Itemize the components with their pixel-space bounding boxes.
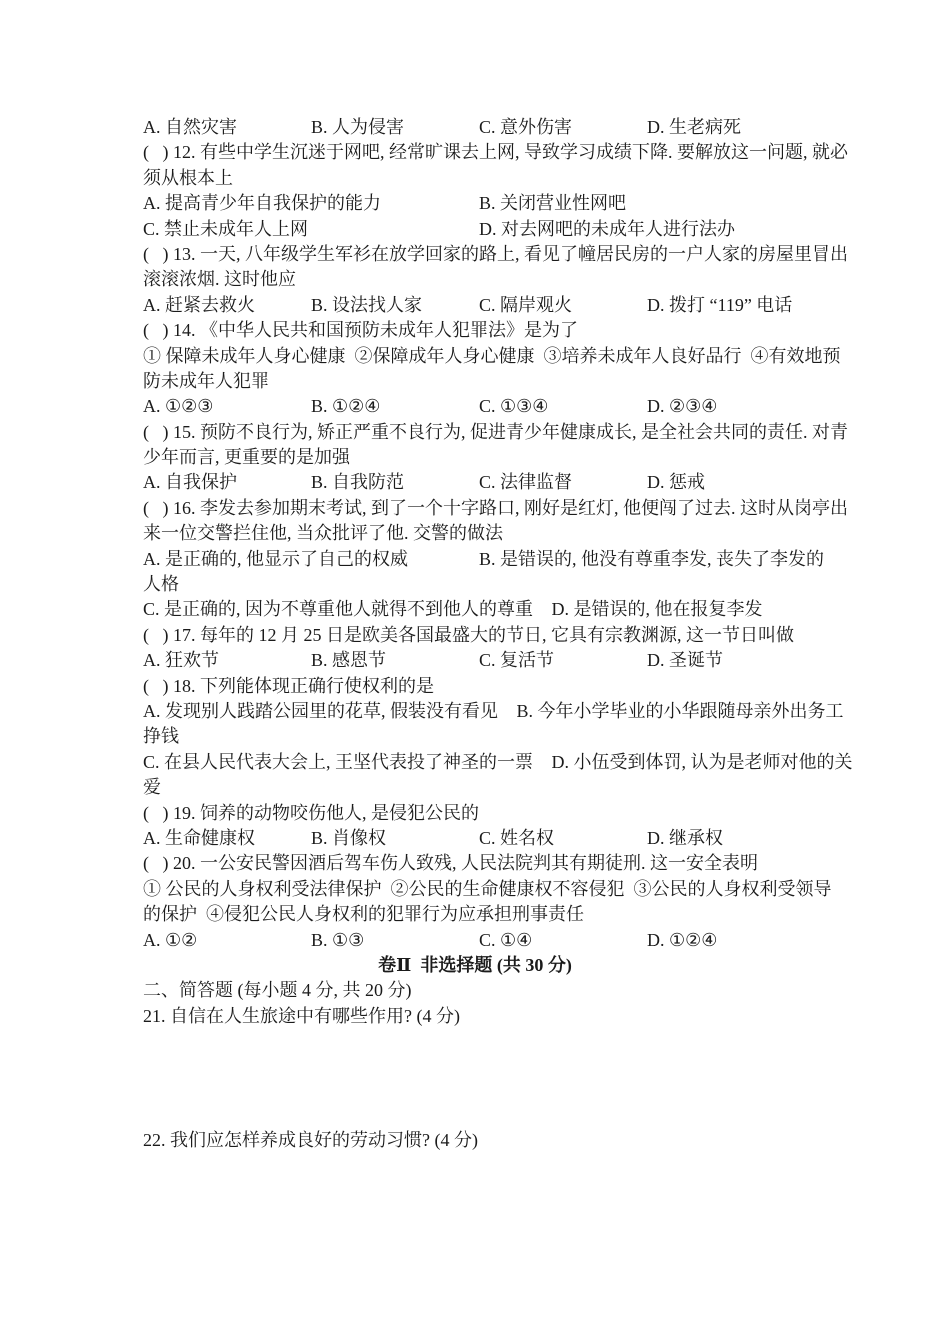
q19-stem: ( ) 19. 饲养的动物咬伤他人, 是侵犯公民的	[143, 801, 855, 826]
q21-stem: 21. 自信在人生旅途中有哪些作用? (4 分)	[143, 1004, 855, 1029]
q18-options-row-ab: A. 发现别人践踏公园里的花草, 假装没有看见 B. 今年小学毕业的小华跟随母亲…	[143, 699, 855, 724]
q12-option-c: C. 禁止未成年人上网	[143, 217, 479, 242]
exam-paper-page: A. 自然灾害 B. 人为侵害 C. 意外伤害 D. 生老病死 ( ) 12. …	[143, 115, 855, 1153]
q18-stem: ( ) 18. 下列能体现正确行使权利的是	[143, 674, 855, 699]
section2-header: 卷Ⅱ 非选择题 (共 30 分)	[143, 953, 807, 978]
q15-option-c: C. 法律监督	[479, 470, 647, 495]
q12-options-row-ab: A. 提高青少年自我保护的能力 B. 关闭营业性网吧	[143, 191, 855, 216]
q14-options-row: A. ①②③ B. ①②④ C. ①③④ D. ②③④	[143, 394, 855, 419]
q15-option-a: A. 自我保护	[143, 470, 311, 495]
q19-option-c: C. 姓名权	[479, 826, 647, 851]
q16-option-d: D. 是错误的, 他在报复李发	[552, 599, 763, 619]
q20-items-line1: ① 公民的人身权利受法律保护 ②公民的生命健康权不容侵犯 ③公民的人身权利受领导	[143, 877, 855, 902]
q17-option-c: C. 复活节	[479, 648, 647, 673]
q19-options-row: A. 生命健康权 B. 肖像权 C. 姓名权 D. 继承权	[143, 826, 855, 851]
q21-answer-space	[143, 1029, 855, 1128]
q16-stem-line1: ( ) 16. 李发去参加期末考试, 到了一个十字路口, 刚好是红灯, 他便闯了…	[143, 496, 855, 521]
q13-options-row: A. 赶紧去救火 B. 设法找人家 C. 隔岸观火 D. 拨打 “119” 电话	[143, 293, 855, 318]
q15-option-b: B. 自我防范	[311, 470, 479, 495]
section2-subheader: 二、简答题 (每小题 4 分, 共 20 分)	[143, 978, 855, 1003]
q16-option-b-continuation: 人格	[143, 572, 855, 597]
q18-option-b-continuation: 挣钱	[143, 724, 855, 749]
q16-stem-line2: 来一位交警拦住他, 当众批评了他. 交警的做法	[143, 521, 855, 546]
q17-option-b: B. 感恩节	[311, 648, 479, 673]
q16-option-b: B. 是错误的, 他没有尊重李发, 丧失了李发的	[479, 547, 855, 572]
q11-option-a: A. 自然灾害	[143, 115, 311, 140]
q13-option-a: A. 赶紧去救火	[143, 293, 311, 318]
q17-option-d: D. 圣诞节	[647, 648, 855, 673]
q15-stem-line1: ( ) 15. 预防不良行为, 矫正严重不良行为, 促进青少年健康成长, 是全社…	[143, 420, 855, 445]
q16-option-a: A. 是正确的, 他显示了自己的权威	[143, 547, 479, 572]
q13-option-d: D. 拨打 “119” 电话	[647, 293, 855, 318]
q22-stem: 22. 我们应怎样养成良好的劳动习惯? (4 分)	[143, 1128, 855, 1153]
q14-option-c: C. ①③④	[479, 394, 647, 419]
q16-options-row-cd: C. 是正确的, 因为不尊重他人就得不到他人的尊重 D. 是错误的, 他在报复李…	[143, 597, 855, 622]
q18-options-row-cd: C. 在县人民代表大会上, 王坚代表投了神圣的一票 D. 小伍受到体罚, 认为是…	[143, 750, 855, 775]
q20-option-d: D. ①②④	[647, 928, 855, 953]
q20-option-a: A. ①②	[143, 928, 311, 953]
q13-option-b: B. 设法找人家	[311, 293, 479, 318]
q15-stem-line2: 少年而言, 更重要的是加强	[143, 445, 855, 470]
q12-option-a: A. 提高青少年自我保护的能力	[143, 191, 479, 216]
q11-option-b: B. 人为侵害	[311, 115, 479, 140]
q11-option-c: C. 意外伤害	[479, 115, 647, 140]
q20-option-b: B. ①③	[311, 928, 479, 953]
q13-option-c: C. 隔岸观火	[479, 293, 647, 318]
q18-option-b: B. 今年小学毕业的小华跟随母亲外出务工	[517, 701, 844, 721]
q20-stem: ( ) 20. 一公安民警因酒后驾车伤人致残, 人民法院判其有期徒刑. 这一安全…	[143, 851, 855, 876]
q18-option-d-continuation: 爱	[143, 775, 855, 800]
q19-option-d: D. 继承权	[647, 826, 855, 851]
q12-option-b: B. 关闭营业性网吧	[479, 191, 855, 216]
q12-options-row-cd: C. 禁止未成年人上网 D. 对去网吧的未成年人进行法办	[143, 217, 855, 242]
q14-items-line1: ① 保障未成年人身心健康 ②保障成年人身心健康 ③培养未成年人良好品行 ④有效地…	[143, 344, 855, 369]
q20-items-line2: 的保护 ④侵犯公民人身权利的犯罪行为应承担刑事责任	[143, 902, 855, 927]
q20-options-row: A. ①② B. ①③ C. ①④ D. ①②④	[143, 928, 855, 953]
q16-option-c: C. 是正确的, 因为不尊重他人就得不到他人的尊重	[143, 599, 533, 619]
q14-stem: ( ) 14. 《中华人民共和国预防未成年人犯罪法》是为了	[143, 318, 855, 343]
q13-stem-line2: 滚滚浓烟. 这时他应	[143, 267, 855, 292]
q14-option-d: D. ②③④	[647, 394, 855, 419]
q18-option-d: D. 小伍受到体罚, 认为是老师对他的关	[552, 752, 853, 772]
q12-option-d: D. 对去网吧的未成年人进行法办	[479, 217, 855, 242]
q17-options-row: A. 狂欢节 B. 感恩节 C. 复活节 D. 圣诞节	[143, 648, 855, 673]
q12-stem-line2: 须从根本上	[143, 166, 855, 191]
q18-option-a: A. 发现别人践踏公园里的花草, 假装没有看见	[143, 701, 498, 721]
q20-option-c: C. ①④	[479, 928, 647, 953]
q15-option-d: D. 惩戒	[647, 470, 855, 495]
q18-option-c: C. 在县人民代表大会上, 王坚代表投了神圣的一票	[143, 752, 533, 772]
q17-stem: ( ) 17. 每年的 12 月 25 日是欧美各国最盛大的节日, 它具有宗教渊…	[143, 623, 855, 648]
q13-stem-line1: ( ) 13. 一天, 八年级学生军衫在放学回家的路上, 看见了幢居民房的一户人…	[143, 242, 855, 267]
q14-option-b: B. ①②④	[311, 394, 479, 419]
q14-items-line2: 防未成年人犯罪	[143, 369, 855, 394]
q15-options-row: A. 自我保护 B. 自我防范 C. 法律监督 D. 惩戒	[143, 470, 855, 495]
q17-option-a: A. 狂欢节	[143, 648, 311, 673]
q19-option-a: A. 生命健康权	[143, 826, 311, 851]
q14-option-a: A. ①②③	[143, 394, 311, 419]
q12-stem-line1: ( ) 12. 有些中学生沉迷于网吧, 经常旷课去上网, 导致学习成绩下降. 要…	[143, 140, 855, 165]
q16-options-row-ab: A. 是正确的, 他显示了自己的权威 B. 是错误的, 他没有尊重李发, 丧失了…	[143, 547, 855, 572]
q11-options-row: A. 自然灾害 B. 人为侵害 C. 意外伤害 D. 生老病死	[143, 115, 855, 140]
q19-option-b: B. 肖像权	[311, 826, 479, 851]
q11-option-d: D. 生老病死	[647, 115, 855, 140]
